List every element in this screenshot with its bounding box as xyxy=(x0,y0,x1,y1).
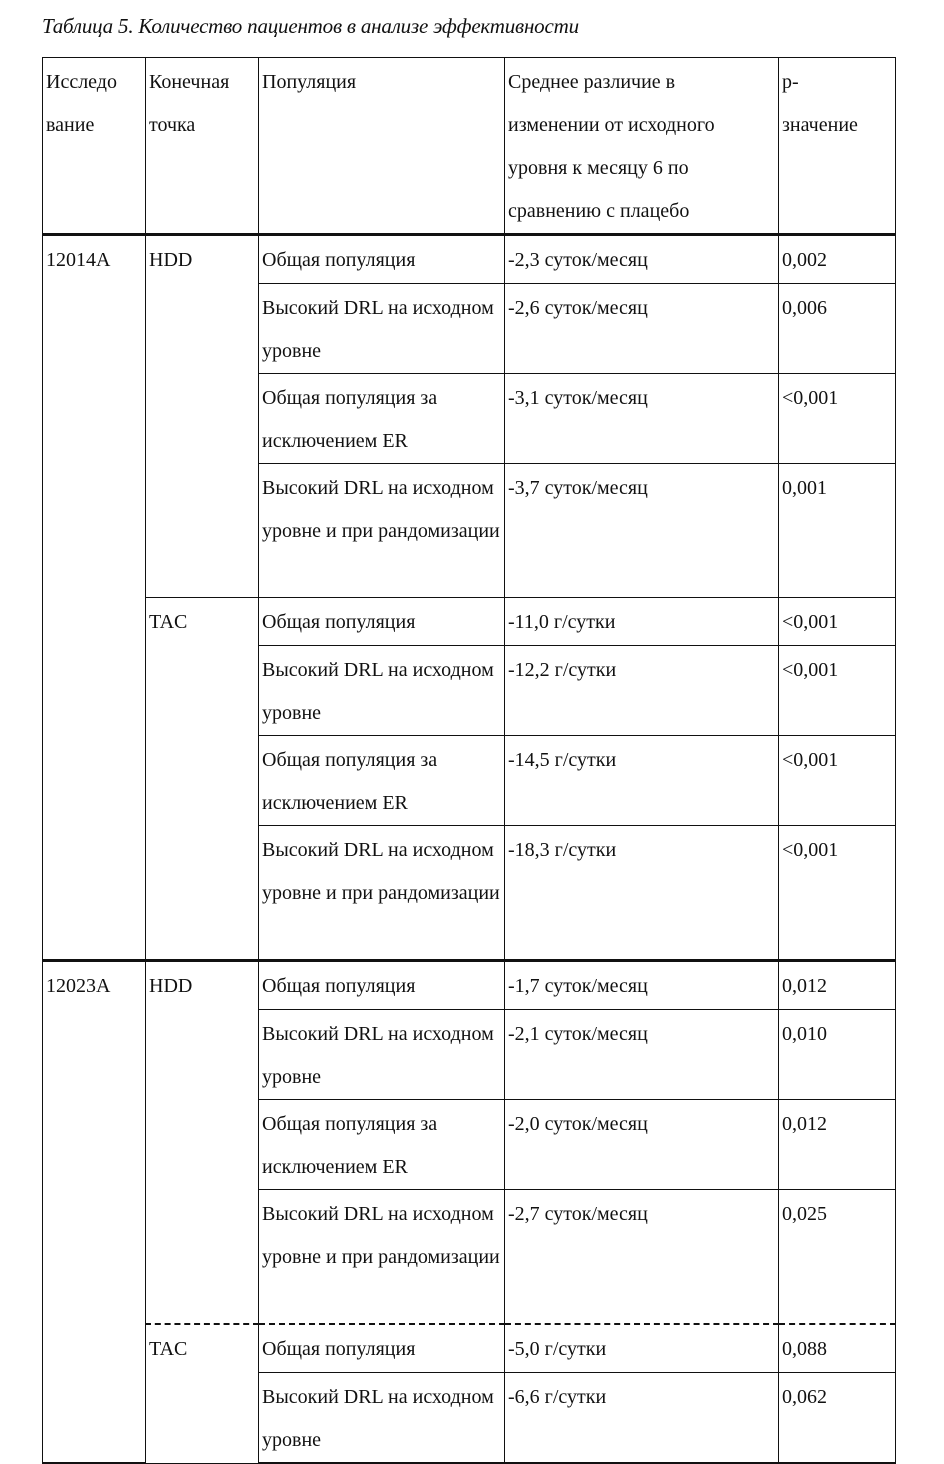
population-cell: Высокий DRL на исходном уровне и при ран… xyxy=(259,464,505,598)
difference-cell: -6,6 г/сутки xyxy=(505,1373,779,1464)
table-row: 12014AHDDОбщая популяция-2,3 суток/месяц… xyxy=(43,235,896,284)
difference-cell: -2,0 суток/месяц xyxy=(505,1100,779,1190)
population-cell: Общая популяция за исключением ER xyxy=(259,1100,505,1190)
population-cell: Общая популяция xyxy=(259,1324,505,1373)
population-cell: Общая популяция xyxy=(259,235,505,284)
study-cell: 12014A xyxy=(43,235,146,961)
p-value-cell: <0,001 xyxy=(779,826,896,961)
p-value-cell: 0,062 xyxy=(779,1373,896,1464)
population-cell: Общая популяция xyxy=(259,961,505,1010)
header-p-value: p-значение xyxy=(779,58,896,235)
difference-cell: -12,2 г/сутки xyxy=(505,646,779,736)
population-cell: Общая популяция за исключением ER xyxy=(259,374,505,464)
difference-cell: -3,1 суток/месяц xyxy=(505,374,779,464)
population-cell: Общая популяция за исключением ER xyxy=(259,736,505,826)
p-value-cell: <0,001 xyxy=(779,598,896,646)
p-value-cell: 0,025 xyxy=(779,1190,896,1325)
endpoint-cell: TAC xyxy=(146,1324,259,1463)
difference-cell: -18,3 г/сутки xyxy=(505,826,779,961)
header-study: Исследование xyxy=(43,58,146,235)
difference-cell: -2,3 суток/месяц xyxy=(505,235,779,284)
difference-cell: -14,5 г/сутки xyxy=(505,736,779,826)
header-difference: Среднее различие визменении от исходного… xyxy=(505,58,779,235)
population-cell: Общая популяция xyxy=(259,598,505,646)
study-cell: 12023A xyxy=(43,961,146,1464)
population-cell: Высокий DRL на исходном уровне и при ран… xyxy=(259,1190,505,1325)
p-value-cell: 0,010 xyxy=(779,1010,896,1100)
efficacy-table: Исследование Конечнаяточка Популяция Сре… xyxy=(42,57,896,1464)
table-caption: Таблица 5. Количество пациентов в анализ… xyxy=(42,14,579,39)
header-population: Популяция xyxy=(259,58,505,235)
table-row: 12023AHDDОбщая популяция-1,7 суток/месяц… xyxy=(43,961,896,1010)
p-value-cell: <0,001 xyxy=(779,646,896,736)
difference-cell: -2,6 суток/месяц xyxy=(505,284,779,374)
difference-cell: -5,0 г/сутки xyxy=(505,1324,779,1373)
p-value-cell: 0,012 xyxy=(779,1100,896,1190)
table-row: TACОбщая популяция-11,0 г/сутки<0,001 xyxy=(43,598,896,646)
p-value-cell: <0,001 xyxy=(779,374,896,464)
difference-cell: -3,7 суток/месяц xyxy=(505,464,779,598)
table-header-row: Исследование Конечнаяточка Популяция Сре… xyxy=(43,58,896,235)
difference-cell: -11,0 г/сутки xyxy=(505,598,779,646)
difference-cell: -2,7 суток/месяц xyxy=(505,1190,779,1325)
header-endpoint: Конечнаяточка xyxy=(146,58,259,235)
population-cell: Высокий DRL на исходном уровне xyxy=(259,1373,505,1464)
population-cell: Высокий DRL на исходном уровне xyxy=(259,646,505,736)
p-value-cell: 0,088 xyxy=(779,1324,896,1373)
p-value-cell: <0,001 xyxy=(779,736,896,826)
population-cell: Высокий DRL на исходном уровне xyxy=(259,1010,505,1100)
table-row: TACОбщая популяция-5,0 г/сутки0,088 xyxy=(43,1324,896,1373)
p-value-cell: 0,006 xyxy=(779,284,896,374)
difference-cell: -2,1 суток/месяц xyxy=(505,1010,779,1100)
endpoint-cell: HDD xyxy=(146,235,259,598)
p-value-cell: 0,012 xyxy=(779,961,896,1010)
p-value-cell: 0,001 xyxy=(779,464,896,598)
difference-cell: -1,7 суток/месяц xyxy=(505,961,779,1010)
p-value-cell: 0,002 xyxy=(779,235,896,284)
population-cell: Высокий DRL на исходном уровне и при ран… xyxy=(259,826,505,961)
endpoint-cell: TAC xyxy=(146,598,259,961)
endpoint-cell: HDD xyxy=(146,961,259,1325)
population-cell: Высокий DRL на исходном уровне xyxy=(259,284,505,374)
